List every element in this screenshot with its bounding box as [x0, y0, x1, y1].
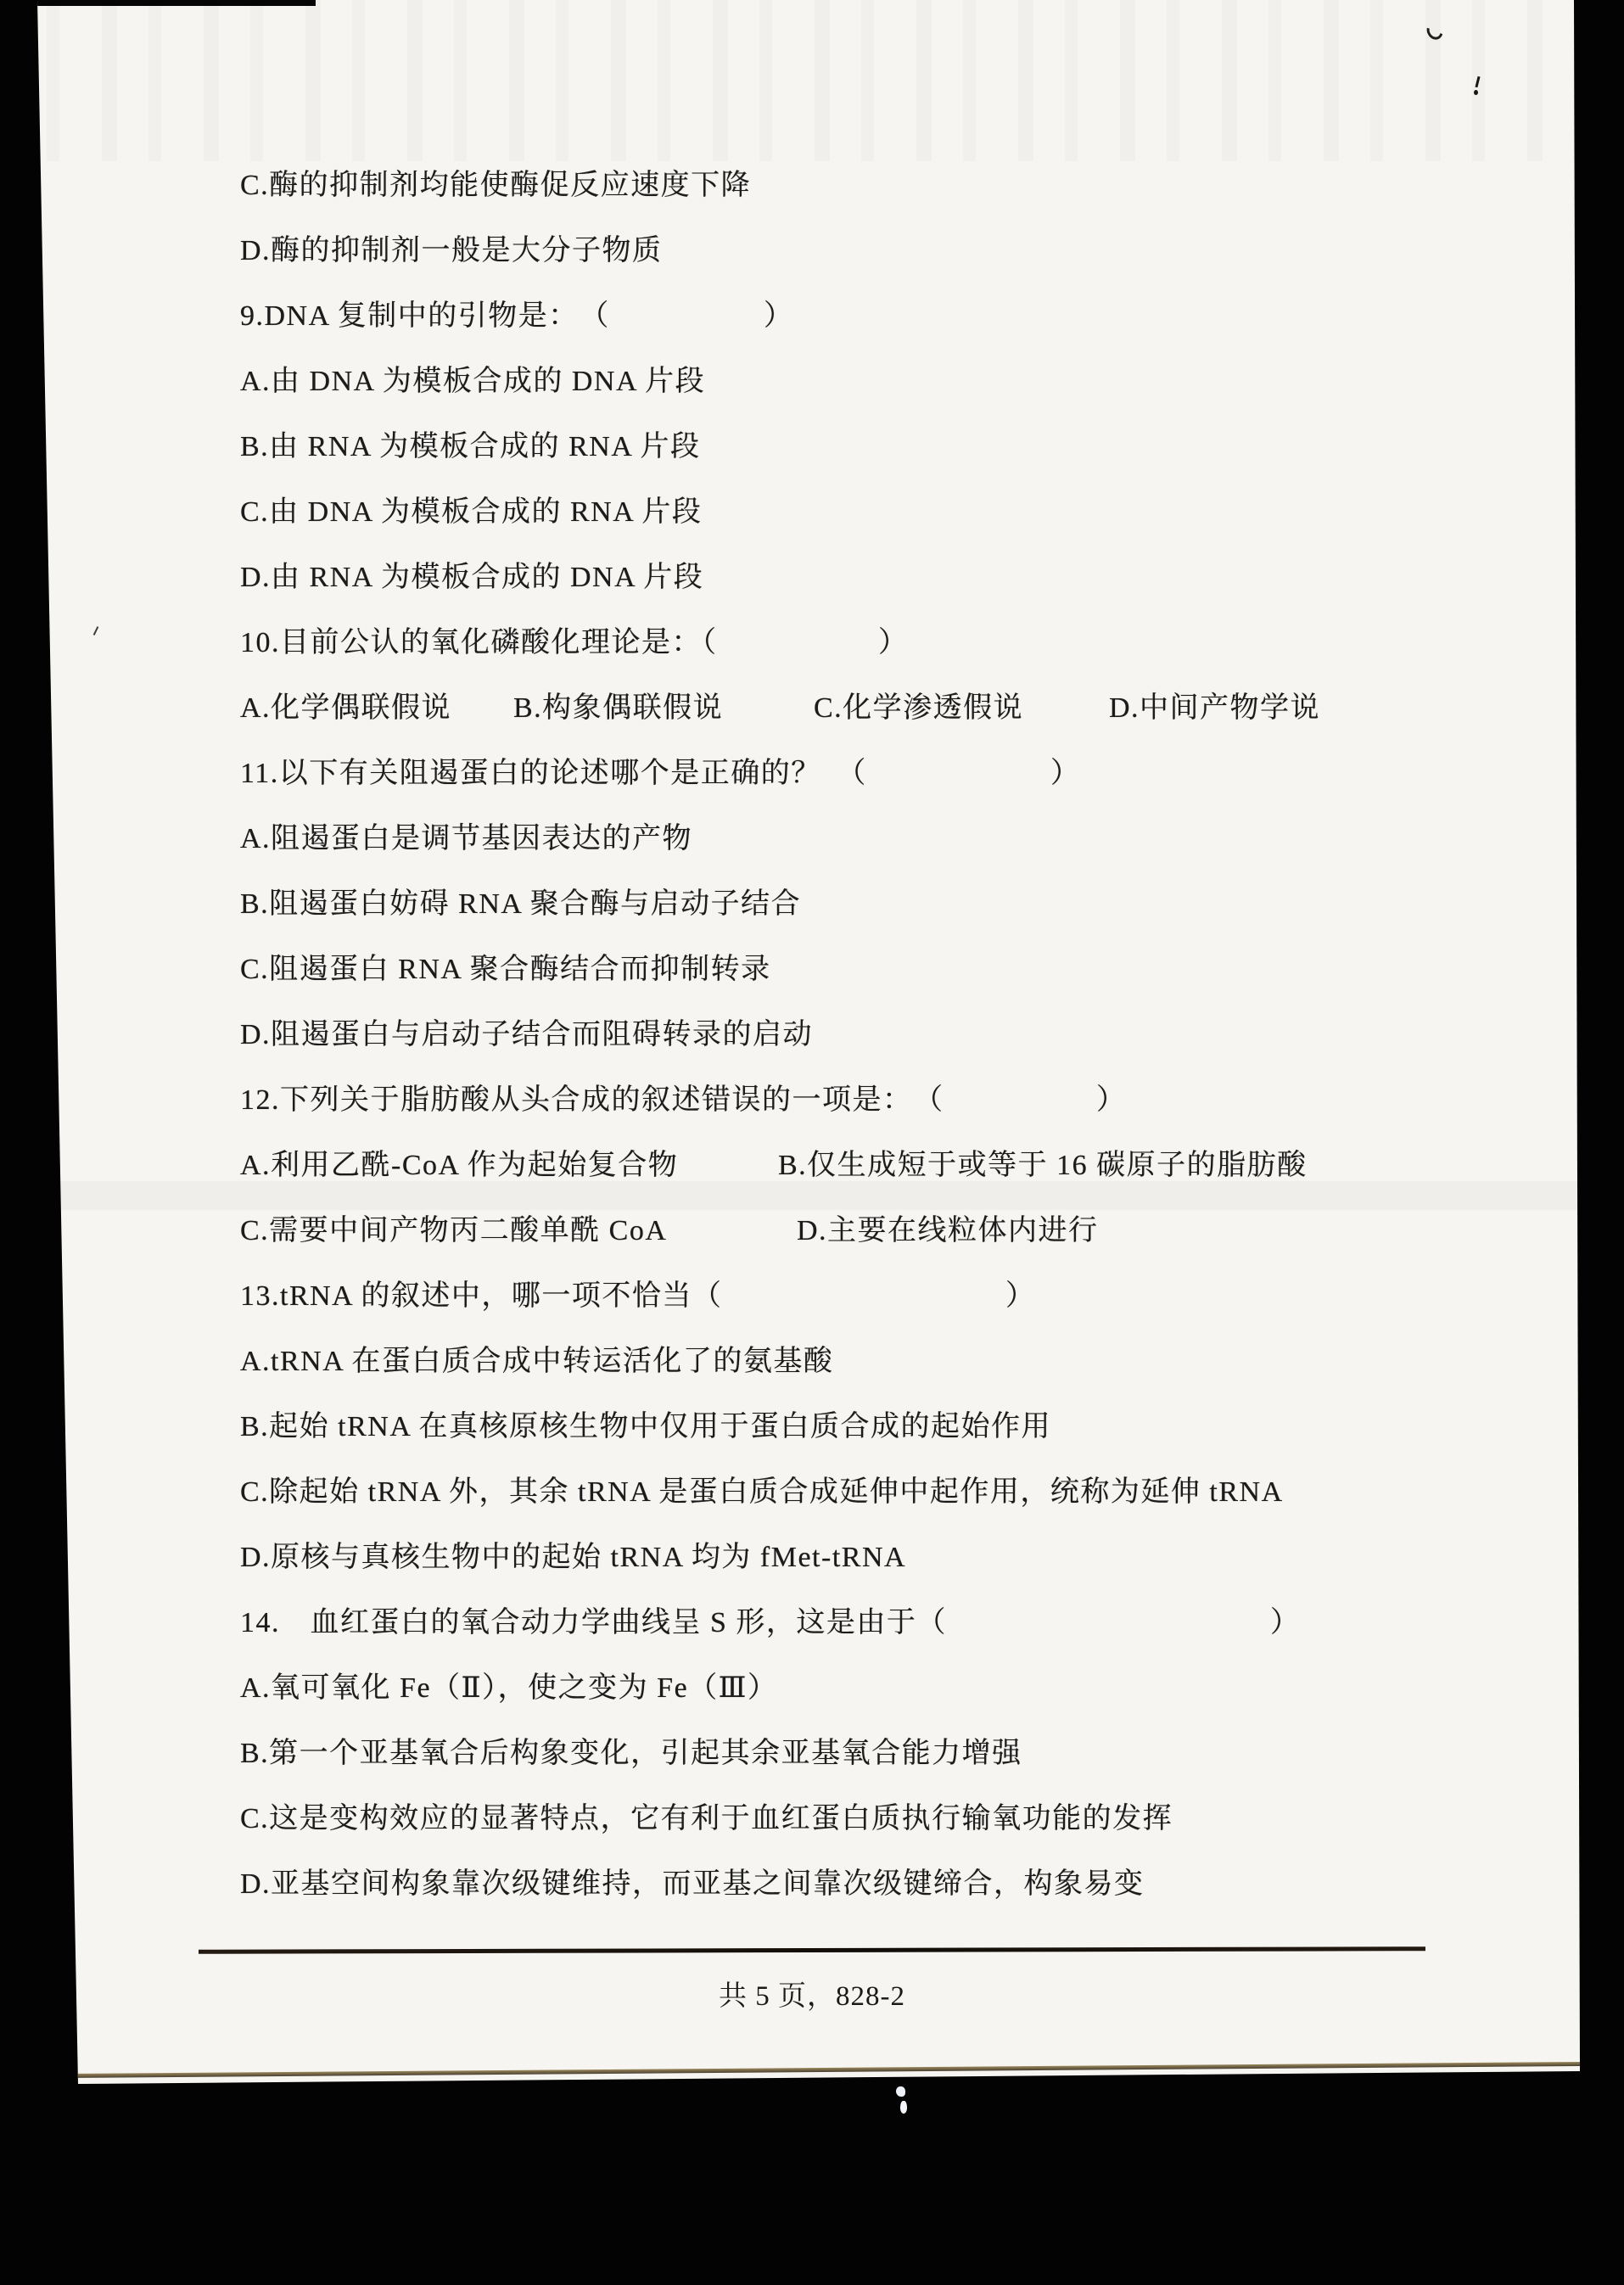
text-line: C.由 DNA 为模板合成的 RNA 片段: [0, 488, 1624, 527]
text-line: D.亚基空间构象靠次级键维持，而亚基之间靠次级键缔合，构象易变: [0, 1860, 1624, 1899]
text-line: 14. 血红蛋白的氧合动力学曲线呈 S 形，这是由于（）: [0, 1599, 1624, 1638]
text-segment: 14. 血红蛋白的氧合动力学曲线呈 S 形，这是由于（: [240, 1599, 947, 1640]
text-line: B.由 RNA 为模板合成的 RNA 片段: [0, 423, 1624, 462]
text-segment: D.中间产物学说: [1109, 684, 1320, 725]
text-line: A.利用乙酰-CoA 作为起始复合物B.仅生成短于或等于 16 碳原子的脂肪酸: [0, 1141, 1624, 1180]
text-segment: A.化学偶联假说: [240, 684, 451, 725]
text-segment: A.阻遏蛋白是调节基因表达的产物: [240, 815, 692, 856]
text-segment: ）: [1270, 1599, 1301, 1640]
text-line: A.氧可氧化 Fe（Ⅱ），使之变为 Fe（Ⅲ）: [0, 1664, 1624, 1703]
text-segment: A.tRNA 在蛋白质合成中转运活化了的氨基酸: [240, 1337, 833, 1379]
text-segment: 12.下列关于脂肪酸从头合成的叙述错误的一项是： （: [240, 1076, 944, 1117]
text-segment: 9.DNA 复制中的引物是： （: [240, 292, 610, 333]
text-segment: C.酶的抑制剂均能使酶促反应速度下降: [240, 161, 751, 203]
text-segment: B.构象偶联假说: [513, 684, 723, 725]
text-line: A.由 DNA 为模板合成的 DNA 片段: [0, 357, 1624, 396]
text-line: A.化学偶联假说B.构象偶联假说C.化学渗透假说D.中间产物学说: [0, 684, 1624, 723]
scan-speck-icon: [896, 2086, 905, 2097]
text-line: 11.以下有关阻遏蛋白的论述哪个是正确的？ （）: [0, 749, 1624, 788]
text-segment: B.阻遏蛋白妨碍 RNA 聚合酶与启动子结合: [240, 880, 801, 921]
text-segment: C.除起始 tRNA 外，其余 tRNA 是蛋白质合成延伸中起作用，统称为延伸 …: [240, 1468, 1284, 1509]
text-line: B.起始 tRNA 在真核原核生物中仅用于蛋白质合成的起始作用: [0, 1403, 1624, 1442]
text-line: 10.目前公认的氧化磷酸化理论是：（）: [0, 619, 1624, 658]
text-line: C.除起始 tRNA 外，其余 tRNA 是蛋白质合成延伸中起作用，统称为延伸 …: [0, 1468, 1624, 1507]
text-line: D.由 RNA 为模板合成的 DNA 片段: [0, 553, 1624, 592]
scan-speck-icon: [900, 2101, 907, 2114]
text-segment: D.酶的抑制剂一般是大分子物质: [240, 227, 663, 268]
text-line: C.这是变构效应的显著特点，它有利于血红蛋白质执行输氧功能的发挥: [0, 1795, 1624, 1834]
text-segment: D.原核与真核生物中的起始 tRNA 均为 fMet-tRNA: [240, 1533, 906, 1575]
text-line: D.原核与真核生物中的起始 tRNA 均为 fMet-tRNA: [0, 1533, 1624, 1572]
text-line: 13.tRNA 的叙述中，哪一项不恰当（）: [0, 1272, 1624, 1311]
text-line: 12.下列关于脂肪酸从头合成的叙述错误的一项是： （）: [0, 1076, 1624, 1115]
scanned-exam-page: C.酶的抑制剂均能使酶促反应速度下降D.酶的抑制剂一般是大分子物质9.DNA 复…: [0, 0, 1624, 2285]
text-segment: C.化学渗透假说: [814, 684, 1023, 725]
text-segment: D.阻遏蛋白与启动子结合而阻碍转录的启动: [240, 1011, 813, 1052]
text-line: B.阻遏蛋白妨碍 RNA 聚合酶与启动子结合: [0, 880, 1624, 919]
scan-speck-icon: [1474, 90, 1478, 95]
text-segment: B.由 RNA 为模板合成的 RNA 片段: [240, 423, 701, 464]
text-segment: ）: [1005, 1272, 1036, 1313]
text-segment: ）: [1050, 749, 1081, 791]
text-segment: C.需要中间产物丙二酸单酰 CoA: [240, 1207, 667, 1248]
text-segment: C.阻遏蛋白 RNA 聚合酶结合而抑制转录: [240, 945, 771, 987]
text-line: B.第一个亚基氧合后构象变化，引起其余亚基氧合能力增强: [0, 1729, 1624, 1768]
text-line: C.阻遏蛋白 RNA 聚合酶结合而抑制转录: [0, 945, 1624, 984]
text-layer: C.酶的抑制剂均能使酶促反应速度下降D.酶的抑制剂一般是大分子物质9.DNA 复…: [0, 0, 1624, 2285]
text-segment: 11.以下有关阻遏蛋白的论述哪个是正确的？ （: [240, 749, 867, 791]
text-line: A.阻遏蛋白是调节基因表达的产物: [0, 815, 1624, 854]
text-line: A.tRNA 在蛋白质合成中转运活化了的氨基酸: [0, 1337, 1624, 1376]
text-segment: B.起始 tRNA 在真核原核生物中仅用于蛋白质合成的起始作用: [240, 1403, 1051, 1444]
text-line: D.阻遏蛋白与启动子结合而阻碍转录的启动: [0, 1011, 1624, 1050]
text-segment: C.这是变构效应的显著特点，它有利于血红蛋白质执行输氧功能的发挥: [240, 1795, 1173, 1836]
text-segment: D.由 RNA 为模板合成的 DNA 片段: [240, 553, 703, 595]
text-segment: D.主要在线粒体内进行: [797, 1207, 1099, 1248]
page-number-footer: 共 5 页，828-2: [199, 1974, 1425, 2013]
text-segment: B.第一个亚基氧合后构象变化，引起其余亚基氧合能力增强: [240, 1729, 1022, 1771]
text-segment: B.仅生成短于或等于 16 碳原子的脂肪酸: [778, 1141, 1308, 1183]
text-line: D.酶的抑制剂一般是大分子物质: [0, 227, 1624, 266]
text-segment: D.亚基空间构象靠次级键维持，而亚基之间靠次级键缔合，构象易变: [240, 1860, 1145, 1901]
text-line: C.需要中间产物丙二酸单酰 CoAD.主要在线粒体内进行: [0, 1207, 1624, 1246]
text-segment: ）: [764, 292, 794, 333]
text-segment: ）: [878, 619, 909, 660]
text-segment: A.利用乙酰-CoA 作为起始复合物: [240, 1141, 678, 1183]
text-segment: A.氧可氧化 Fe（Ⅱ），使之变为 Fe（Ⅲ）: [240, 1664, 777, 1705]
text-segment: 10.目前公认的氧化磷酸化理论是：（: [240, 619, 718, 660]
text-segment: 13.tRNA 的叙述中，哪一项不恰当（: [240, 1272, 722, 1313]
text-line: C.酶的抑制剂均能使酶促反应速度下降: [0, 161, 1624, 200]
text-segment: A.由 DNA 为模板合成的 DNA 片段: [240, 357, 705, 399]
text-segment: ）: [1096, 1076, 1127, 1117]
text-line: 9.DNA 复制中的引物是： （）: [0, 292, 1624, 331]
text-segment: C.由 DNA 为模板合成的 RNA 片段: [240, 488, 702, 529]
